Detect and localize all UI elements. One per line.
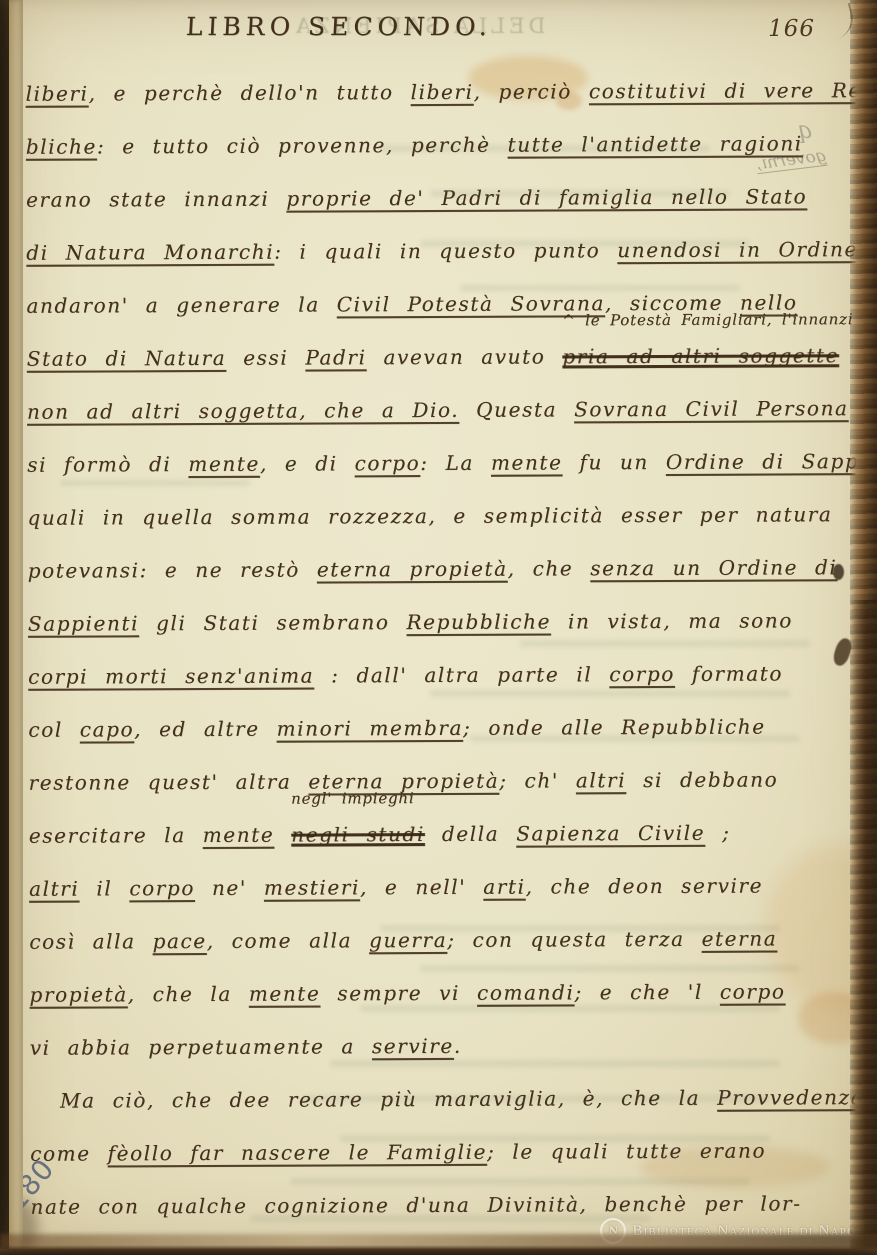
manuscript-segment: Ma ciò, che dee recare più maraviglia, è…	[60, 1086, 717, 1113]
manuscript-segment: eterna propietà	[317, 557, 508, 582]
manuscript-line: vi abbia perpetuamente a servire.	[30, 1016, 835, 1073]
manuscript-line: così alla pace, come alla guerra; con qu…	[29, 910, 834, 967]
manuscript-segment: ;	[705, 821, 730, 845]
manuscript-segment: , perciò	[474, 79, 589, 104]
manuscript-segment: altri	[29, 877, 79, 901]
manuscript-line: corpi morti senz'anima : dall' altra par…	[28, 645, 833, 702]
manuscript-line: si formò di mente, e di corpo: La mente …	[27, 433, 832, 490]
manuscript-segment: corpo	[720, 979, 786, 1003]
manuscript-segment: gli Stati sembrano	[139, 610, 407, 635]
manuscript-line: propietà, che la mente sempre vi comandi…	[29, 963, 834, 1020]
manuscript-segment: mestieri	[264, 875, 360, 899]
manuscript-line: esercitare la mente negl' impieghinegli …	[29, 804, 834, 861]
manuscript-segment: unendosi in Ordine	[617, 237, 858, 262]
manuscript-line: di Natura Monarchi: i quali in questo pu…	[26, 221, 831, 278]
manuscript-segment: corpo	[355, 451, 421, 475]
manuscript-segment: Ordine di Sappienti	[666, 449, 877, 474]
manuscript-segment: ; ch'	[499, 768, 576, 792]
manuscript-segment: altri	[576, 768, 626, 792]
manuscript-line: non ad altri soggetta, che a Dio. Questa…	[27, 380, 832, 437]
manuscript-segment: esercitare la	[29, 823, 203, 848]
manuscript-segment: ; le quali tutte erano	[487, 1139, 766, 1164]
manuscript-segment: Sovrana Civil Persona	[574, 396, 849, 421]
interlinear-insertion: ^ le Potestà Famigliari, l'innanzi	[562, 311, 853, 328]
manuscript-line: Stato di Natura essi Padri avevan avuto …	[27, 327, 832, 384]
manuscript-segment: in vista, ma sono	[551, 608, 793, 633]
manuscript-segment: , che la	[128, 982, 249, 1007]
manuscript-page: DELLA SAPIENZA q governi, LIBRO SECONDO.…	[0, 0, 877, 1255]
manuscript-text: liberi, e perchè dello'n tutto liberi, p…	[25, 62, 835, 1232]
manuscript-segment: capo	[80, 717, 134, 741]
manuscript-segment: proprie de' Padri di famiglia nello Stat…	[286, 184, 807, 210]
manuscript-segment: ; e che 'l	[574, 980, 720, 1005]
manuscript-segment: Padri	[305, 345, 366, 369]
manuscript-segment: : e tutto ciò provenne, perchè	[97, 133, 508, 159]
interlinear-insertion: negl' impieghi	[291, 790, 414, 807]
manuscript-segment: corpo	[609, 662, 675, 686]
manuscript-segment: Repubbliche	[406, 609, 551, 634]
manuscript-segment: mente	[203, 823, 275, 847]
manuscript-segment: pace	[152, 929, 206, 953]
manuscript-segment: Sapienza Civile	[516, 821, 705, 846]
page-fore-edge-shadow	[850, 600, 877, 1255]
manuscript-segment: : dall' altra parte il	[314, 662, 609, 687]
manuscript-segment: nate con qualche cognizione d'una Divini…	[30, 1191, 801, 1218]
manuscript-segment: , che	[508, 556, 591, 580]
manuscript-line: come fèollo far nascere le Famiglie; le …	[30, 1122, 835, 1179]
manuscript-segment: eterna	[702, 926, 778, 950]
manuscript-segment: liberi	[411, 80, 474, 104]
manuscript-segment: propietà	[29, 982, 127, 1006]
manuscript-line: liberi, e perchè dello'n tutto liberi, p…	[25, 62, 830, 119]
manuscript-segment: potevansi: e ne restò	[28, 557, 317, 582]
manuscript-segment: col	[28, 718, 80, 742]
manuscript-line: Sappienti gli Stati sembrano Repubbliche…	[28, 592, 833, 649]
manuscript-segment: ; con questa terza	[447, 927, 701, 952]
manuscript-segment: : i quali in questo punto	[274, 238, 617, 263]
manuscript-segment: fèollo far nascere le Famiglie	[108, 1140, 488, 1166]
manuscript-segment: corpi morti senz'anima	[28, 664, 314, 689]
manuscript-segment: Stato di Natura	[27, 346, 227, 371]
book-gutter-edge	[0, 0, 9, 1255]
manuscript-segment: comandi	[477, 980, 575, 1004]
manuscript-segment: andaron' a generare la	[26, 292, 336, 317]
manuscript-line: potevansi: e ne restò eterna propietà, c…	[28, 539, 833, 596]
manuscript-segment: Questa	[459, 397, 574, 422]
manuscript-segment: essi	[226, 346, 305, 370]
book-gutter-paper-edge	[9, 0, 23, 1255]
manuscript-segment: avevan avuto	[366, 344, 562, 369]
manuscript-segment: sempre vi	[320, 981, 477, 1006]
manuscript-segment: quali in quella somma rozzezza, e sempli…	[27, 502, 832, 530]
manuscript-line: Ma ciò, che dee recare più maraviglia, è…	[30, 1069, 835, 1126]
manuscript-segment: così alla	[29, 929, 152, 954]
manuscript-segment: della	[425, 822, 516, 846]
manuscript-segment: , ed altre	[134, 717, 277, 742]
manuscript-segment: senza un Ordine di	[590, 555, 837, 580]
manuscript-segment: ne'	[195, 876, 264, 900]
manuscript-segment: liberi	[26, 81, 89, 105]
manuscript-segment: mente	[249, 981, 321, 1005]
manuscript-line: quali in quella somma rozzezza, e sempli…	[27, 486, 832, 543]
manuscript-segment: costitutivi di vere Repub-	[589, 78, 877, 103]
manuscript-segment: mente	[188, 452, 260, 476]
manuscript-segment: servire	[372, 1034, 454, 1058]
cancelled-text: negli studi	[291, 822, 425, 847]
manuscript-segment	[274, 823, 291, 847]
manuscript-segment: di Natura Monarchi	[26, 240, 274, 265]
manuscript-segment: arti	[483, 875, 525, 899]
manuscript-segment: , che deon servire	[526, 874, 764, 899]
manuscript-line: bliche: e tutto ciò provenne, perchè tut…	[26, 115, 831, 172]
manuscript-segment: mente	[491, 450, 563, 474]
manuscript-segment: Provvedenza	[717, 1085, 864, 1110]
manuscript-segment: il	[79, 876, 129, 900]
manuscript-segment: non ad altri soggetta, che a Dio.	[27, 398, 459, 424]
manuscript-segment: restonne quest' altra	[29, 770, 309, 795]
manuscript-segment: ; onde alle Repubbliche	[463, 715, 766, 740]
manuscript-segment: vi abbia perpetuamente a	[30, 1034, 372, 1059]
manuscript-segment: , e di	[260, 451, 355, 475]
manuscript-segment: erano state innanzi	[26, 187, 286, 212]
manuscript-segment: si formò di	[27, 452, 188, 477]
manuscript-segment: , come alla	[207, 928, 369, 953]
manuscript-segment: .	[454, 1034, 462, 1058]
manuscript-segment: , e nell'	[360, 875, 483, 900]
manuscript-segment: formato	[675, 661, 783, 685]
manuscript-segment: fu un	[562, 450, 665, 474]
page-title: LIBRO SECONDO.	[185, 12, 493, 41]
manuscript-segment: : La	[420, 451, 491, 475]
manuscript-segment: si debbano	[626, 767, 778, 792]
manuscript-line: col capo, ed altre minori membra; onde a…	[28, 698, 833, 755]
folio-number: 166	[768, 16, 815, 42]
manuscript-segment: guerra	[369, 928, 447, 952]
manuscript-segment: minori membra	[277, 716, 464, 741]
manuscript-segment: corpo	[129, 876, 195, 900]
bottom-scan-edge	[0, 1245, 877, 1255]
manuscript-segment: bliche	[26, 134, 97, 158]
manuscript-segment: tutte l'antidette ragioni	[507, 131, 802, 156]
manuscript-line: erano state innanzi proprie de' Padri di…	[26, 168, 831, 225]
cancelled-text: pria ad altri soggette	[562, 343, 839, 368]
manuscript-segment: , e perchè dello'n tutto	[89, 80, 411, 105]
manuscript-line: altri il corpo ne' mestieri, e nell' art…	[29, 857, 834, 914]
manuscript-segment: Sappienti	[28, 611, 139, 635]
manuscript-line: restonne quest' altra eterna propietà; c…	[28, 751, 833, 808]
